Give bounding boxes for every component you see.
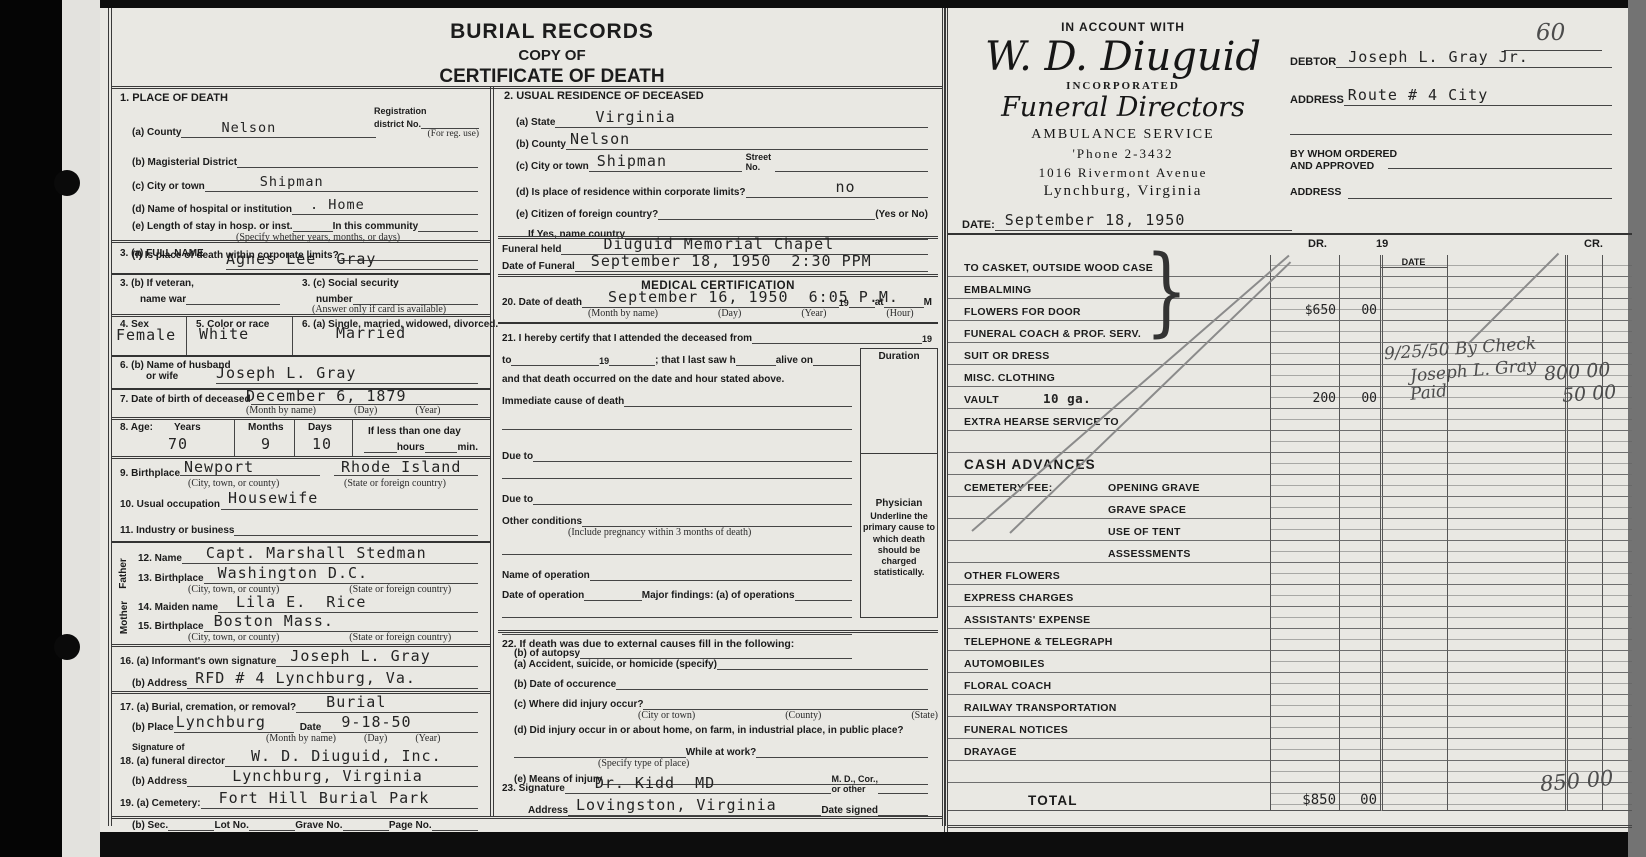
full-name-label: 3. (a) FULL NAME (120, 248, 204, 259)
date-of-death-row: 20. Date of death September 16, 1950 6:0… (502, 292, 932, 308)
printed-19: 19 (599, 356, 609, 366)
physician-label: Physician (861, 498, 937, 509)
description-cell (1447, 299, 1565, 321)
funeral-directors-label: Funeral Directors (958, 92, 1288, 123)
dr-amount-cell (1270, 607, 1339, 629)
date-cell (1380, 409, 1447, 431)
hint-county: (County) (785, 710, 821, 721)
ledger-row: FUNERAL NOTICES (948, 717, 1632, 739)
ledger-item-label-cell: EMBALMING (948, 277, 1270, 299)
ordered-by-field (1388, 168, 1612, 169)
ledger-item-label-cell: ASSISTANTS' EXPENSE (948, 607, 1270, 629)
section-parents: Father Mother 12. Name Capt. Marshall St… (116, 544, 486, 644)
ledger-item-label-cell: DRAYAGE (948, 739, 1270, 761)
director-row: 18. (a) funeral director W. D. Diuguid, … (120, 751, 478, 767)
cr-cents-cell (1602, 563, 1632, 585)
cr-cents-cell (1602, 475, 1632, 497)
name-war-field (186, 291, 280, 305)
ledger-row: DRAYAGE (948, 739, 1632, 761)
ledger-item-typed: 10 ga. (1043, 391, 1091, 406)
hint-city: (City, town, or county) (188, 632, 279, 643)
lot-field (249, 816, 295, 831)
due-to-label2: Due to (502, 494, 533, 505)
hint-city: (City or town) (638, 710, 695, 721)
citizen-label: (e) Citizen of foreign country? (516, 209, 658, 220)
occupation-label: 10. Usual occupation (120, 499, 220, 510)
cr-cents-cell (1602, 255, 1632, 277)
street-no-label: Street No. (746, 152, 772, 172)
hour-field (884, 291, 924, 308)
ordered-by-label1: BY WHOM ORDERED (1290, 148, 1397, 160)
cell-rule (186, 317, 187, 355)
hint-state: (State) (911, 710, 938, 721)
no-label: No. (746, 162, 772, 172)
mother-birthplace-row: 15. Birthplace Boston Mass. (138, 615, 478, 632)
date-cell (1380, 255, 1447, 277)
place-of-death-heading: 1. PLACE OF DEATH (120, 92, 486, 104)
due-to-field1 (533, 447, 852, 462)
city-value: Shipman (260, 174, 324, 190)
account-header: IN ACCOUNT WITH W. D. Diuguid INCORPORAT… (958, 20, 1288, 200)
burial-date-label: Date (300, 722, 322, 733)
res-corporate-label: (d) Is place of residence within corpora… (516, 187, 746, 198)
ledger-row (948, 431, 1632, 453)
cr-cents-cell (1602, 321, 1632, 343)
grave-label: Grave No. (295, 820, 342, 831)
signer-address-row: Address Lovingston, Virginia Date signed (528, 798, 928, 816)
section-veteran-ssn: 3. (b) If veteran, name war 3. (c) Socia… (116, 276, 486, 314)
ordered-by-label2: AND APPROVED (1290, 160, 1374, 172)
ledger-item-label: AUTOMOBILES (964, 658, 1045, 670)
total-dr-amount: $850 (1270, 783, 1339, 811)
mother-name-label: 14. Maiden name (138, 602, 218, 613)
duration-physician-box: Duration Physician Underline the primary… (860, 348, 938, 618)
funeral-date-field: September 18, 1950 2:30 PPM (575, 254, 928, 272)
ledger-item-label-cell: OTHER FLOWERS (948, 563, 1270, 585)
ledger-row: GRAVE SPACE (948, 497, 1632, 519)
ledger-item-label-cell: FLOWERS FOR DOOR (948, 299, 1270, 321)
stay-label: (e) Length of stay in hosp. or inst. (132, 221, 293, 232)
rule (498, 630, 938, 633)
ledger-item-label-cell: FUNERAL NOTICES (948, 717, 1270, 739)
punch-hole-bottom (54, 634, 80, 660)
funeral-held-value: Diuguid Memorial Chapel (603, 235, 834, 253)
dr-cents-cell (1339, 519, 1380, 541)
cr-amount-cell (1565, 299, 1602, 321)
ledger-item-label-cell: VAULT 10 ga. (948, 387, 1270, 409)
birth-date-hints: (Month by name) (Day) (Year) (246, 405, 486, 416)
director-field: W. D. Diuguid, Inc. (225, 750, 478, 767)
hint-state: (State or foreign country) (349, 632, 451, 643)
ledger-row: FLOWERS FOR DOOR $650 00 (948, 299, 1632, 321)
cr-cents-cell (1602, 453, 1632, 475)
dr-amount-cell (1270, 541, 1339, 563)
date-cell (1380, 299, 1447, 321)
ledger-item-label-cell: CASH ADVANCES (948, 453, 1270, 475)
community-label: In this community (333, 221, 419, 232)
operation-name-label: Name of operation (502, 570, 590, 581)
approver-address-field (1348, 198, 1612, 199)
ledger-item-label: CEMETERY FEE: (964, 482, 1053, 494)
dr-amount-cell (1270, 717, 1339, 739)
hospital-value: . Home (310, 197, 365, 213)
full-name-value: Agnes Lee Gray (226, 250, 376, 268)
md-cor-label: M. D., Cor., or other (831, 774, 878, 794)
injury-where-label: (c) Where did injury occur? (514, 699, 643, 710)
father-birthplace-value: Washington D.C. (218, 564, 368, 582)
account-date-value: September 18, 1950 (1005, 211, 1186, 229)
certify-text1: 21. I hereby certify that I attended the… (502, 333, 752, 344)
dr-amount-cell (1270, 409, 1339, 431)
county-field: Nelson (181, 117, 376, 138)
dr-amount-cell (1270, 255, 1339, 277)
ledger-item-label: FLOWERS FOR DOOR (964, 306, 1081, 318)
burial-place-row: (b) Place Lynchburg Date 9-18-50 (132, 715, 478, 733)
ledger-row: TELEPHONE & TELEGRAPH (948, 629, 1632, 651)
description-cell (1447, 607, 1565, 629)
spouse-value: Joseph L. Gray (216, 364, 356, 382)
ledger-item-sublabel: GRAVE SPACE (1108, 504, 1186, 516)
dr-column-label: DR. (1308, 238, 1327, 250)
dr-cents-cell (1339, 717, 1380, 739)
burial-value: Burial (326, 693, 386, 711)
cr-cents-cell (1602, 695, 1632, 717)
dr-amount-cell (1270, 695, 1339, 717)
cr-amount-cell (1565, 321, 1602, 343)
rule (112, 541, 490, 543)
ledger-item-label-cell: MISC. CLOTHING (948, 365, 1270, 387)
cr-amount-cell (1565, 541, 1602, 563)
due-to-row1: Due to (502, 448, 852, 462)
ledger-item-label: MISC. CLOTHING (964, 372, 1055, 384)
days-label: Days (308, 422, 332, 433)
burial-label: 17. (a) Burial, cremation, or removal? (120, 702, 296, 713)
due-to-field2 (533, 490, 852, 505)
cr-amount-cell (1565, 563, 1602, 585)
informant-address-row: (b) Address RFD # 4 Lynchburg, Va. (132, 669, 478, 689)
ledger-item-sublabel: ASSESSMENTS (1108, 548, 1191, 560)
dr-amount-cell (1270, 277, 1339, 299)
description-cell (1447, 475, 1565, 497)
cr-cents-cell (1602, 497, 1632, 519)
blank-line (502, 478, 852, 479)
section-external-causes: 22. If death was due to external causes … (498, 634, 938, 770)
place-type-field (514, 743, 686, 758)
min-label: min. (457, 442, 478, 453)
date-cell (1380, 695, 1447, 717)
dr-amount-cell (1270, 651, 1339, 673)
cr-cents-cell (1602, 629, 1632, 651)
operation-date-field (584, 586, 642, 601)
cr-cents-cell (1602, 299, 1632, 321)
full-name-field: Agnes Lee Gray (226, 243, 478, 270)
date-of-death-label: 20. Date of death (502, 297, 582, 308)
cr-amount-cell (1565, 651, 1602, 673)
film-margin (62, 0, 100, 857)
cr-amount-cell (1565, 409, 1602, 431)
dr-amount-cell (1270, 365, 1339, 387)
mother-birthplace-field: Boston Mass. (204, 614, 478, 632)
father-side-label: Father (118, 558, 129, 589)
director-address-value: Lynchburg, Virginia (232, 767, 423, 785)
lot-label: Lot No. (214, 820, 248, 831)
informant-label: 16. (a) Informant's own signature (120, 656, 276, 667)
burial-place-field: Lynchburg (174, 714, 294, 733)
title-certificate-of-death: CERTIFICATE OF DEATH (112, 66, 992, 88)
informant-address-value: RFD # 4 Lynchburg, Va. (195, 669, 416, 687)
cr-cents-cell (1602, 717, 1632, 739)
dr-amount-cell (1270, 673, 1339, 695)
race-value: White (199, 325, 249, 343)
res-city-label: (c) City or town (516, 161, 589, 172)
brand-logo: W. D. Diuguid (958, 34, 1288, 80)
dr-amount-cell (1270, 453, 1339, 475)
res-city-field: Shipman (589, 153, 742, 172)
ledger-item-label-cell: SUIT OR DRESS (948, 343, 1270, 365)
city-row: (c) City or town Shipman (132, 172, 478, 192)
section-birth-date: December 6, 1879 7. Date of birth of dec… (116, 389, 486, 417)
cr-amount-cell (1565, 739, 1602, 761)
major-findings-label: Major findings: (a) of operations (642, 590, 795, 601)
director-value: W. D. Diuguid, Inc. (251, 747, 442, 765)
title-copy-of: COPY OF (112, 47, 992, 64)
section-funeral-director: Signature of 18. (a) funeral director W.… (116, 741, 486, 785)
date-cell (1380, 431, 1447, 453)
description-cell (1447, 563, 1565, 585)
res-corporate-value: no (836, 178, 856, 196)
date-cell (1380, 673, 1447, 695)
birth-date-value: December 6, 1879 (246, 387, 407, 405)
state-row: (a) State Virginia (516, 110, 928, 128)
major-findings-field (795, 586, 853, 601)
blank-line (502, 554, 852, 555)
ledger-item-label-cell: ASSESSMENTS (948, 541, 1270, 563)
hours-min-row: hours min. (364, 440, 478, 453)
description-cell (1447, 497, 1565, 519)
dr-cents-cell (1339, 629, 1380, 651)
description-cell (1447, 541, 1565, 563)
birthplace-city: Newport (184, 458, 254, 476)
certificate-middle-column: 2. USUAL RESIDENCE OF DECEASED (a) State… (498, 86, 938, 816)
registration-district: Registration district No. (For reg. use) (374, 106, 479, 139)
burial-place-label: (b) Place (132, 722, 174, 733)
mother-birthplace-hints: (City, town, or county) (State or foreig… (188, 632, 486, 643)
date-cell (1380, 453, 1447, 475)
section-funeral-held: Funeral held Diuguid Memorial Chapel Dat… (498, 238, 938, 274)
father-name-row: 12. Name Capt. Marshall Stedman (138, 546, 478, 564)
occupation-field (221, 509, 478, 510)
section-residence: 2. USUAL RESIDENCE OF DECEASED (a) State… (498, 90, 938, 236)
date-cell (1380, 519, 1447, 541)
father-name-label: 12. Name (138, 553, 182, 564)
res-corporate-row: (d) Is place of residence within corpora… (516, 180, 928, 198)
other-conditions-label: Other conditions (502, 516, 582, 527)
physician-note: Underline the primary cause to which dea… (861, 509, 937, 581)
birthplace-state-hint: (State or foreign country) (344, 478, 446, 489)
title-burial-records: BURIAL RECORDS (112, 20, 992, 44)
cr-cents-cell (1602, 607, 1632, 629)
account-date-field: September 18, 1950 (995, 212, 1292, 231)
dr-amount-cell: 200 (1270, 387, 1339, 409)
industry-label: 11. Industry or business (120, 525, 234, 536)
section-cemetery: 19. (a) Cemetery: Fort Hill Burial Park … (116, 785, 486, 835)
m-label: M (924, 297, 932, 308)
ledger-row: EXTRA HEARSE SERVICE TO (948, 409, 1632, 431)
signature-field: Dr. Kidd MD (565, 775, 832, 794)
res-county-value: Nelson (570, 130, 630, 148)
section-burial: 17. (a) Burial, cremation, or removal? B… (116, 695, 486, 741)
father-name-field: Capt. Marshall Stedman (182, 545, 478, 564)
ledger-row: RAILWAY TRANSPORTATION (948, 695, 1632, 717)
place-type-row: While at work? (514, 744, 928, 758)
full-name-row: Agnes Lee Gray (226, 244, 478, 270)
ledger-row (948, 761, 1632, 783)
res-city-row: (c) City or town Shipman Street No. (516, 154, 928, 172)
while-at-work-label: While at work? (686, 747, 757, 758)
ledger-item-label: EMBALMING (964, 284, 1031, 296)
at-label: at (875, 297, 884, 308)
dr-amount-cell (1270, 761, 1339, 783)
debtor-row: DEBTOR Joseph L. Gray Jr. (1290, 46, 1612, 68)
last-saw-label: ; that I last saw h (655, 355, 736, 366)
due-to-row2: Due to (502, 491, 852, 505)
date-cell (1380, 717, 1447, 739)
date-cell (1380, 761, 1447, 783)
ledger-item-sublabel: OPENING GRAVE (1108, 482, 1200, 494)
occurence-field (616, 675, 928, 690)
ledger-item-label-cell: EXPRESS CHARGES (948, 585, 1270, 607)
ledger-item-label: ASSISTANTS' EXPENSE (964, 614, 1090, 626)
informant-value: Joseph L. Gray (290, 647, 430, 665)
attended-from-field (752, 329, 922, 344)
father-birthplace-label: 13. Birthplace (138, 573, 204, 584)
date-cell (1380, 651, 1447, 673)
accident-field (717, 655, 928, 670)
ledger-item-label-cell (948, 761, 1270, 783)
ledger-row: TO CASKET, OUTSIDE WOOD CASE (948, 255, 1632, 277)
cr-cents-cell (1602, 585, 1632, 607)
duration-label: Duration (861, 351, 937, 362)
injury-where-hints: (City or town) (County) (State) (638, 710, 938, 721)
res-county-row: (b) County Nelson (516, 132, 928, 150)
director-label1: Signature of (132, 742, 185, 752)
section-birthplace-occupation: 9. Birthplace Newport Rhode Island (City… (116, 459, 486, 519)
cemetery-detail-row: (b) Sec. Lot No. Grave No. Page No. (132, 817, 478, 831)
street-label: Street (746, 152, 772, 162)
dr-cents-cell (1339, 453, 1380, 475)
phone-label: 'Phone 2-3432 (958, 146, 1288, 162)
total-label: TOTAL (1028, 793, 1078, 808)
grave-field (343, 816, 389, 831)
hours-field (364, 439, 397, 453)
dr-amount-cell (1270, 321, 1339, 343)
cr-amount-cell (1565, 673, 1602, 695)
state-value: Virginia (595, 108, 675, 126)
group-brace: } (1145, 243, 1188, 339)
cell-rule (294, 420, 295, 456)
veteran-label: 3. (b) If veteran, (120, 278, 194, 289)
hospital-label: (d) Name of hospital or institution (132, 204, 292, 215)
hint-hour: (Hour) (886, 308, 913, 319)
total-label-cell: TOTAL (948, 783, 1270, 811)
section-signature: 23. Signature Dr. Kidd MD M. D., Cor., o… (498, 776, 938, 816)
ledger: DR. 19 CR. DATE TO CASKET, OUTSIDE WOOD … (948, 233, 1632, 834)
column-divider (490, 86, 494, 816)
spouse-row: Joseph L. Gray (216, 358, 478, 384)
description-cell (1447, 453, 1565, 475)
total-dr-cents: 00 (1339, 783, 1380, 811)
md-label2: or other (831, 784, 878, 794)
date-cell (1380, 585, 1447, 607)
ledger-item-label-cell: FUNERAL COACH & PROF. SERV. (948, 321, 1270, 343)
cell-rule (292, 317, 293, 355)
incorporated-label: INCORPORATED (958, 80, 1288, 92)
ledger-item-label: TELEPHONE & TELEGRAPH (964, 636, 1113, 648)
approver-address-label: ADDRESS (1290, 186, 1341, 198)
ledger-item-label: VAULT (964, 394, 999, 406)
signature-row: 23. Signature Dr. Kidd MD M. D., Cor., o… (502, 776, 928, 794)
street-address-label: 1016 Rivermont Avenue (958, 165, 1288, 181)
cemetery-field: Fort Hill Burial Park (201, 788, 478, 809)
description-cell (1447, 739, 1565, 761)
ledger-item-label-cell: AUTOMOBILES (948, 651, 1270, 673)
date-cell (1380, 629, 1447, 651)
printed-19: 19 (922, 334, 932, 344)
dr-amount-cell (1270, 475, 1339, 497)
cr-cents-cell (1602, 409, 1632, 431)
debtor-address-row: ADDRESS Route # 4 City (1290, 84, 1612, 106)
blank-line (502, 429, 852, 430)
account-date-label: DATE: (962, 219, 995, 231)
date-of-death-field: September 16, 1950 6:05 P.M. (582, 291, 839, 308)
ledger-bottom-rule (948, 811, 1632, 828)
dr-amount-cell (1270, 629, 1339, 651)
ssn-field (353, 291, 478, 305)
ledger-item-label-cell: CEMETERY FEE: OPENING GRAVE (948, 475, 1270, 497)
district-no-field (421, 115, 479, 129)
dr-cents-cell (1339, 739, 1380, 761)
description-cell (1447, 387, 1565, 409)
ledger-item-label: FUNERAL COACH & PROF. SERV. (964, 328, 1141, 340)
cell-rule (234, 420, 235, 456)
mother-birthplace-label: 15. Birthplace (138, 621, 204, 632)
city-label: (c) City or town (132, 181, 205, 192)
ledger-item-label: FLORAL COACH (964, 680, 1051, 692)
state-field: Virginia (555, 109, 928, 128)
due-to-label1: Due to (502, 451, 533, 462)
cemetery-value: Fort Hill Burial Park (219, 789, 430, 807)
sex-value: Female (116, 326, 176, 344)
film-edge (0, 0, 62, 857)
hospital-row: (d) Name of hospital or institution . Ho… (132, 195, 478, 215)
birthplace-city-field (180, 475, 320, 476)
dr-amount-cell (1270, 585, 1339, 607)
cr-amount-cell (1565, 497, 1602, 519)
years-label: Years (174, 422, 201, 433)
document-paper: BURIAL RECORDS COPY OF CERTIFICATE OF DE… (100, 8, 1628, 832)
injury-where-field (643, 695, 928, 710)
signer-address-field: Lovingston, Virginia (568, 797, 821, 816)
account-panel: IN ACCOUNT WITH W. D. Diuguid INCORPORAT… (944, 8, 1632, 832)
date-field (849, 291, 875, 308)
date-cell (1380, 497, 1447, 519)
cr-cents-cell (1602, 277, 1632, 299)
ledger-row: OTHER FLOWERS (948, 563, 1632, 585)
handwritten-credit-50: 50 00 (1561, 381, 1617, 407)
handwritten-paid-note: Paid (1409, 381, 1448, 405)
accident-label: (a) Accident, suicide, or homicide (spec… (514, 659, 717, 670)
description-cell (1447, 277, 1565, 299)
